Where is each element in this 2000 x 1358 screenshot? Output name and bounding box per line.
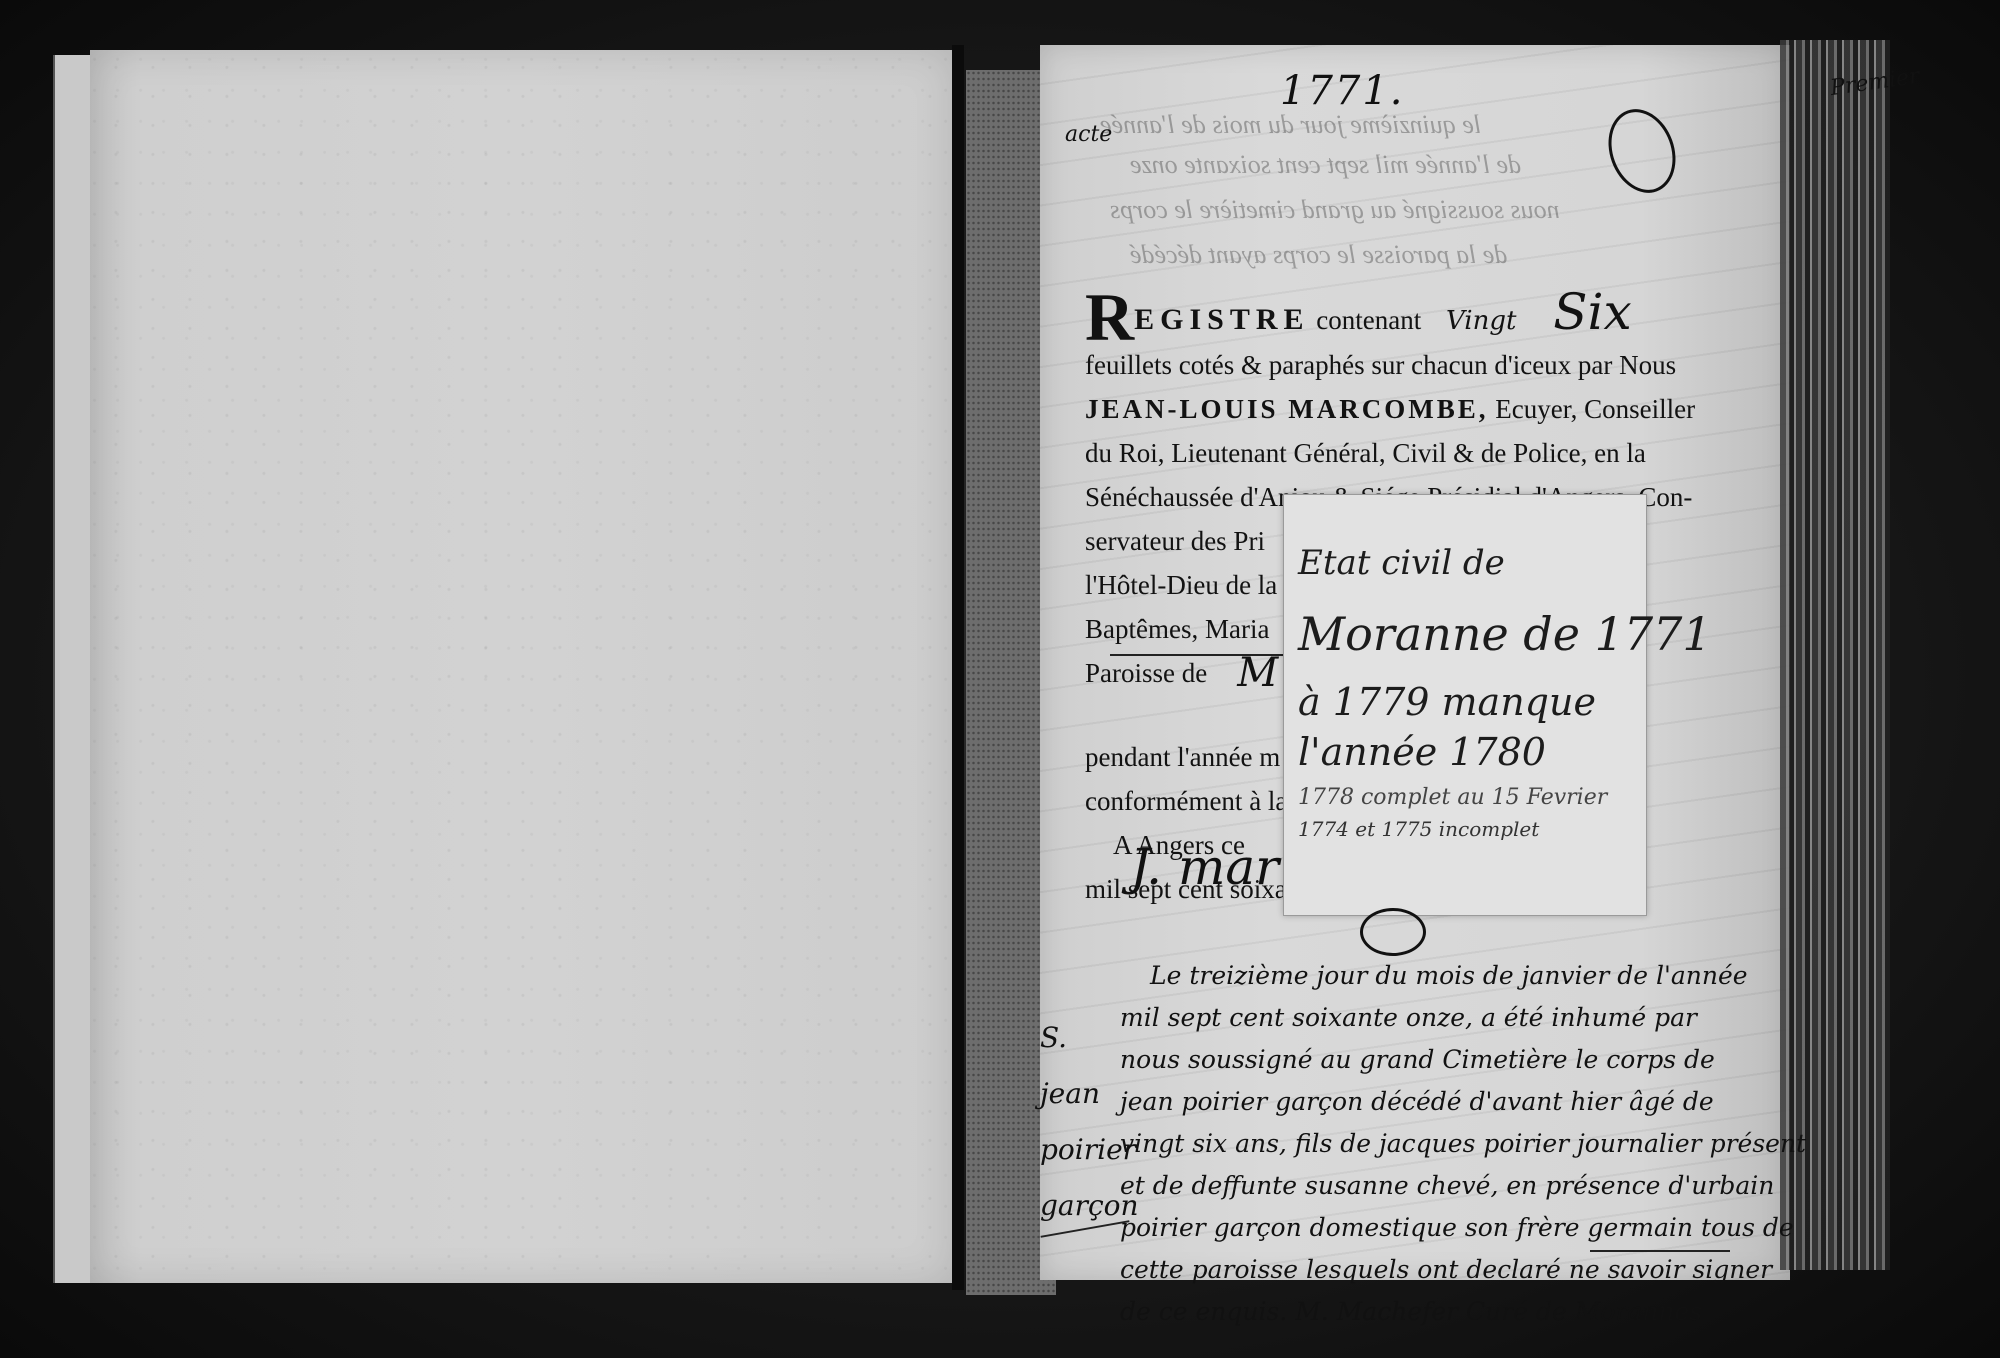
entry-line: Le treizième jour du mois de janvier de … <box>1120 955 1780 997</box>
burial-entry: Le treizième jour du mois de janvier de … <box>1120 955 1780 1333</box>
entry-line: jean poirier garçon décédé d'avant hier … <box>1120 1081 1780 1123</box>
form-rule <box>1110 654 1290 656</box>
entry-line: et de deffunte susanne chevé, en présenc… <box>1120 1165 1780 1207</box>
magistrate-signature: J. mar <box>1130 838 1279 896</box>
archive-slip: Etat civil de Moranne de 1771 à 1779 man… <box>1283 494 1647 916</box>
left-page-blank <box>90 50 952 1283</box>
handwritten-fill-count: Six <box>1553 283 1631 341</box>
paraphe-scribble-bottom <box>1360 908 1426 956</box>
top-left-note: acte <box>1065 122 1112 147</box>
slip-line: 1778 complet au 15 Fevrier <box>1298 785 1607 810</box>
slip-line: 1774 et 1775 incomplet <box>1298 817 1539 841</box>
bleed-through-text: de l'année mil sept cent soixante onze <box>1130 150 1521 180</box>
magistrate-name: JEAN-LOUIS MARCOMBE, <box>1085 394 1489 424</box>
slip-line: Moranne de 1771 <box>1298 607 1712 661</box>
signature-underline <box>1590 1250 1730 1252</box>
entry-line: cette paroisse lesquels ont declaré ne s… <box>1120 1249 1780 1291</box>
book-gutter <box>952 45 964 1290</box>
bleed-through-text: nous soussigné au grand cimetière le cor… <box>1110 195 1560 225</box>
page-stack-edges <box>1780 40 1890 1270</box>
year-header: 1771. <box>1280 68 1405 114</box>
handwritten-fill-count: Vingt <box>1446 306 1516 336</box>
bleed-through-text: le quinzième jour du mois de l'année <box>1100 110 1481 140</box>
bleed-through-text: de la paroisse le corps ayant décédé <box>1130 240 1507 270</box>
entry-line: poirier garçon domestique son frère germ… <box>1120 1207 1780 1249</box>
entry-line: nous soussigné au grand Cimetière le cor… <box>1120 1039 1780 1081</box>
slip-line: l'année 1780 <box>1298 730 1546 774</box>
entry-line: de ce enquis. M. Machefer Curé de Morann… <box>1120 1291 1780 1333</box>
slip-line: Etat civil de <box>1298 543 1505 583</box>
entry-line: mil sept cent soixante onze, a été inhum… <box>1120 997 1780 1039</box>
entry-line: vingt six ans, fils de jacques poirier j… <box>1120 1123 1780 1165</box>
slip-line: à 1779 manque <box>1298 680 1596 724</box>
